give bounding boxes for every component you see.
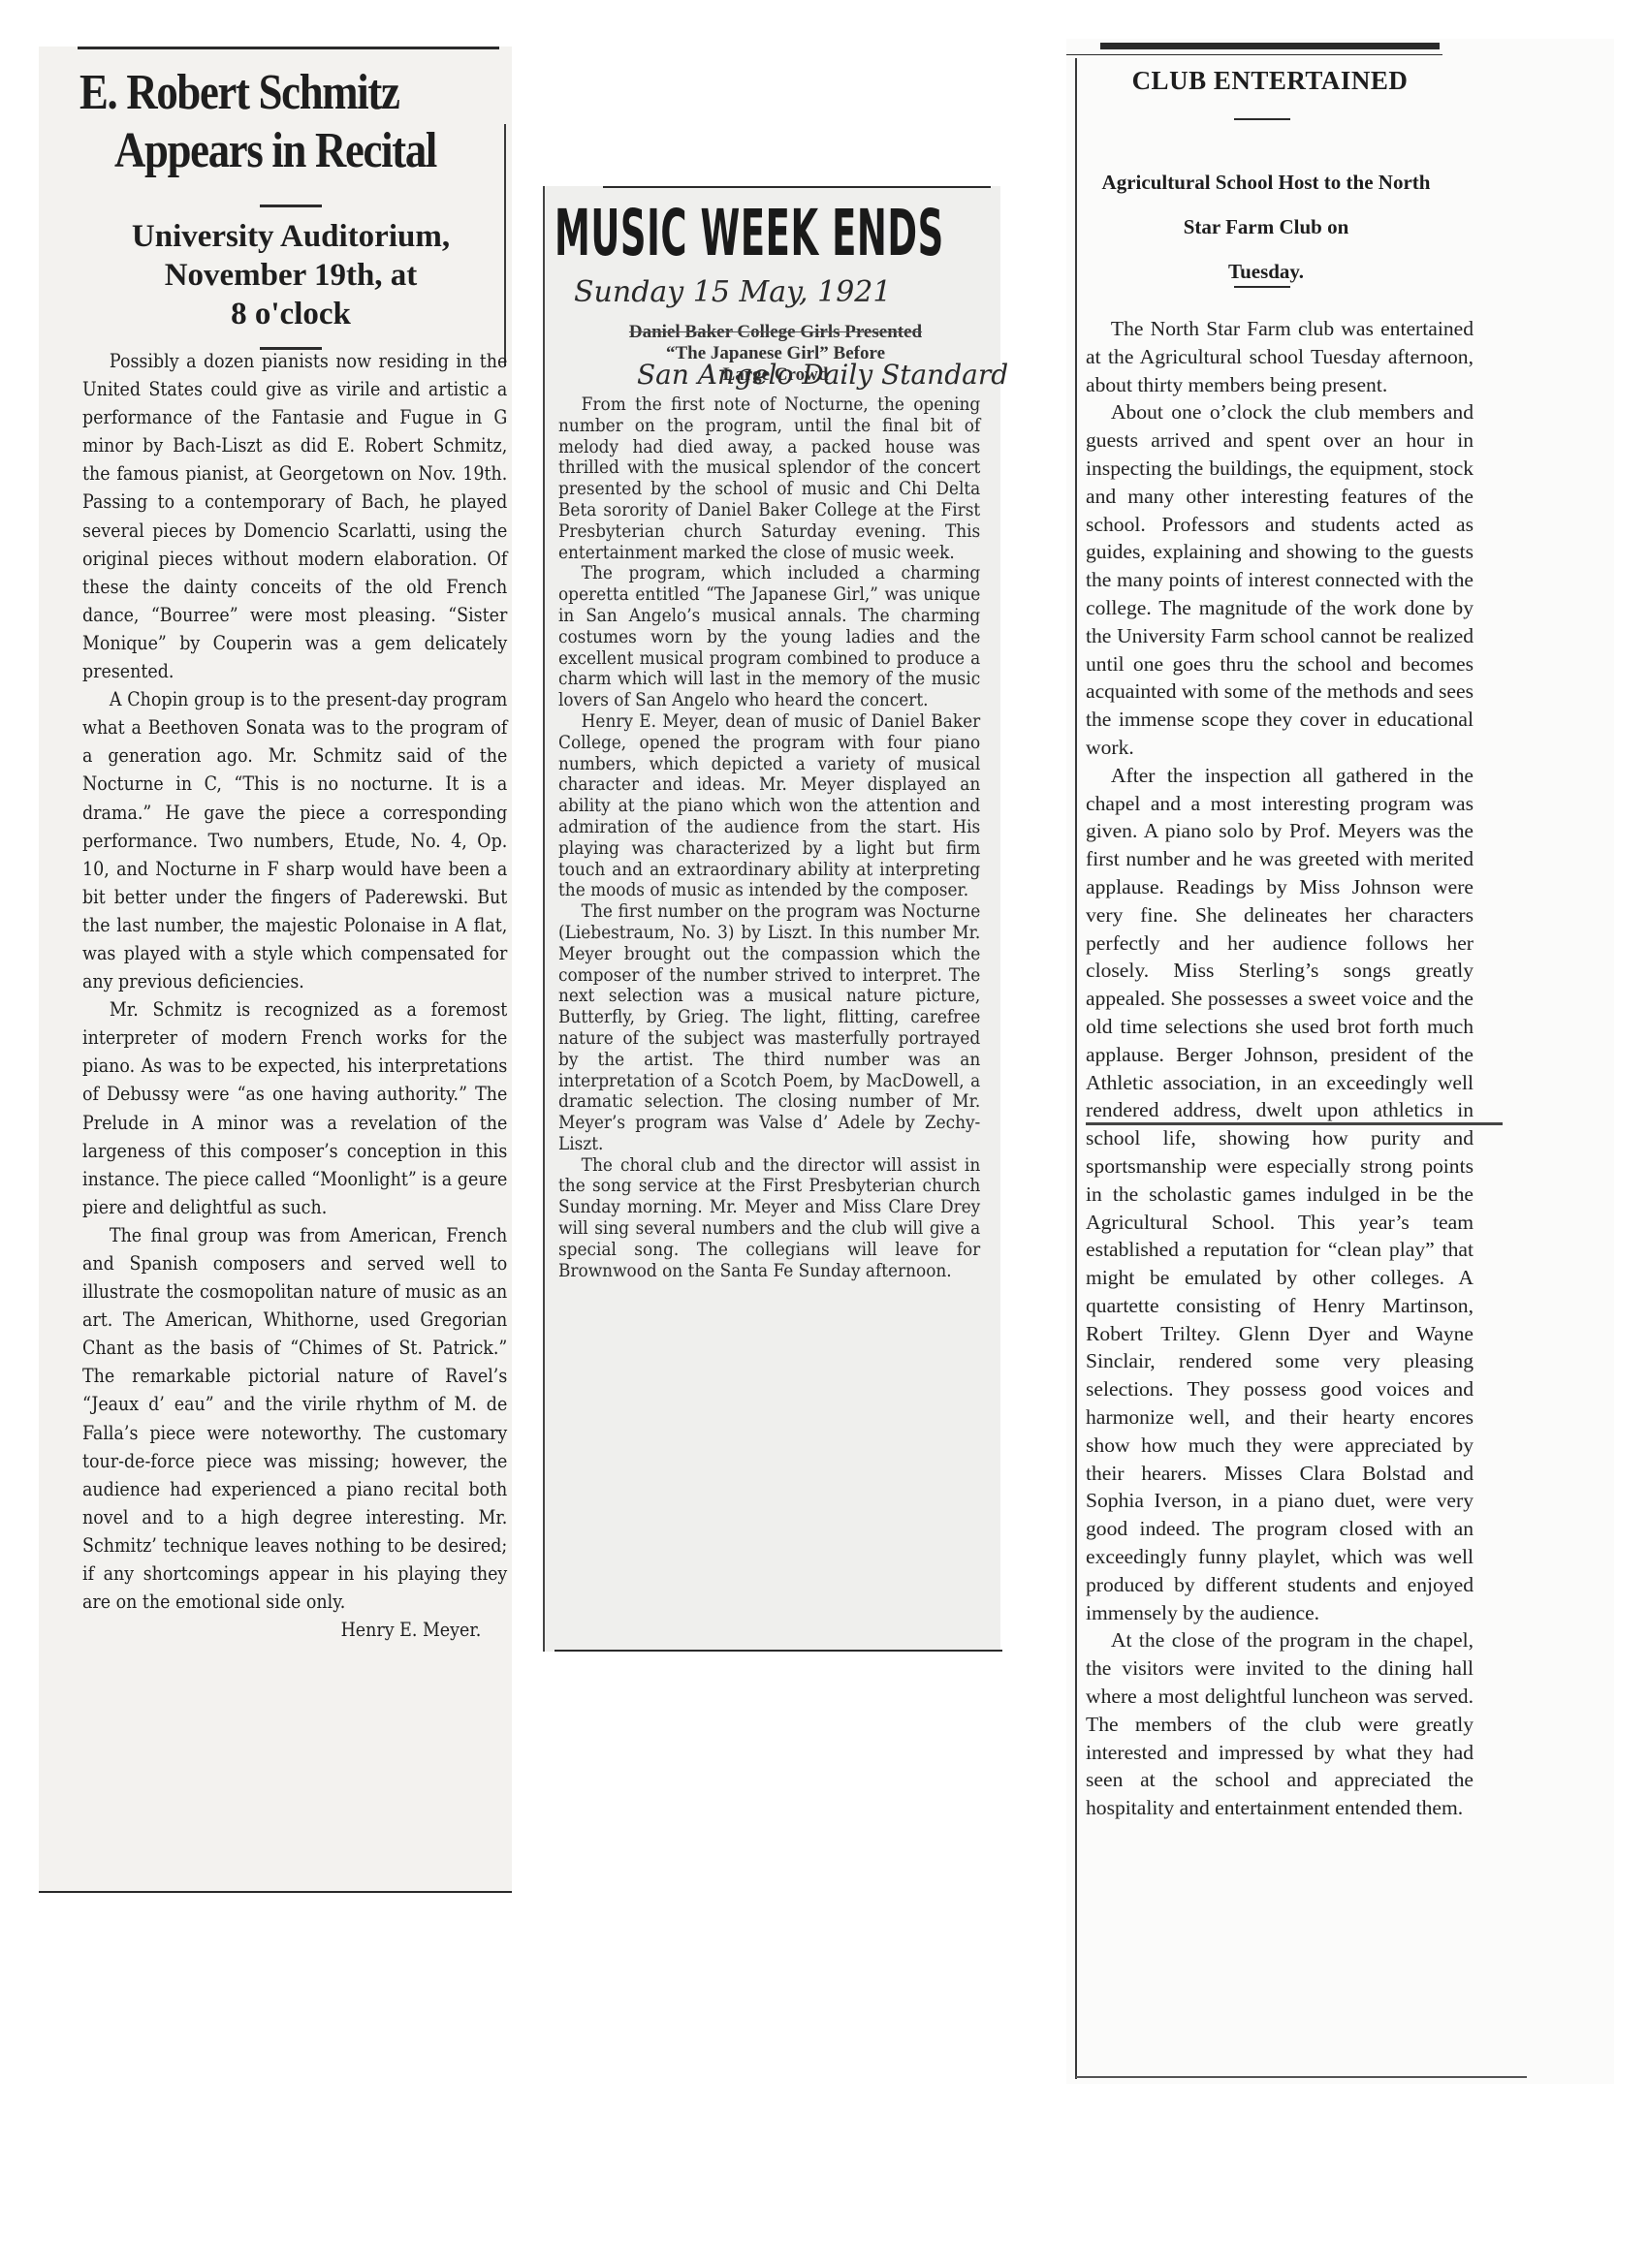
subhead-line-2: November 19th, at — [78, 256, 504, 295]
bottom-rule — [39, 1891, 512, 1893]
paragraph: The first number on the program was Noct… — [558, 901, 980, 1155]
bottom-rule — [1076, 2076, 1527, 2078]
divider — [260, 205, 322, 207]
headline: CLUB ENTERTAINED — [1086, 66, 1454, 96]
clipping-schmitz-recital: E. Robert Schmitz Appears in Recital Uni… — [39, 47, 512, 1893]
paragraph: A Chopin group is to the present-day pro… — [82, 685, 507, 995]
paragraph: The final group was from American, Frenc… — [82, 1221, 507, 1616]
article-body: The North Star Farm club was entertained… — [1086, 315, 1474, 1822]
clipping-music-week: MUSIC WEEK ENDS Sunday 15 May, 1921 Dani… — [543, 186, 1000, 1652]
top-rule — [603, 186, 991, 188]
handwritten-date: Sunday 15 May, 1921 — [574, 275, 891, 309]
headline-line-1: E. Robert Schmitz — [79, 64, 446, 122]
column-rule — [1075, 58, 1077, 2079]
article-body: From the first note of Nocturne, the ope… — [558, 394, 980, 1281]
handwritten-source: San Angelo Daily Standard — [637, 359, 1008, 391]
deck-line-1: Daniel Baker College Girls Presented — [553, 322, 998, 343]
paragraph: After the inspection all gathered in the… — [1086, 762, 1474, 1627]
headline: E. Robert Schmitz Appears in Recital — [79, 64, 506, 180]
deck: Agricultural School Host to the North St… — [1082, 160, 1450, 294]
top-rule — [1066, 54, 1442, 55]
paragraph: At the close of the program in the chape… — [1086, 1626, 1474, 1822]
paragraph: About one o’clock the club members and g… — [1086, 398, 1474, 761]
paragraph: From the first note of Nocturne, the ope… — [558, 394, 980, 563]
article-body: Possibly a dozen pianists now residing i… — [82, 347, 507, 1644]
headline: MUSIC WEEK ENDS — [555, 200, 944, 268]
deck-line-2: Star Farm Club on — [1082, 205, 1450, 249]
top-rule — [78, 47, 499, 49]
subhead-line-3: 8 o'clock — [78, 295, 504, 333]
byline: Henry E. Meyer. — [82, 1616, 507, 1644]
bottom-rule — [555, 1650, 1002, 1652]
top-heavy-rule — [1100, 43, 1440, 49]
deck-line-1: Agricultural School Host to the North — [1082, 160, 1450, 205]
clipping-club-entertained: CLUB ENTERTAINED Agricultural School Hos… — [1066, 39, 1614, 2084]
headline-line-2: Appears in Recital — [114, 122, 451, 180]
paragraph: The program, which included a charming o… — [558, 563, 980, 711]
paragraph: Mr. Schmitz is recognized as a foremost … — [82, 995, 507, 1221]
fold-line — [1086, 1122, 1503, 1125]
subhead-line-1: University Auditorium, — [78, 217, 504, 256]
paragraph: The choral club and the director will as… — [558, 1155, 980, 1282]
paragraph: Henry E. Meyer, dean of music of Daniel … — [558, 711, 980, 901]
paragraph: The North Star Farm club was entertained… — [1086, 315, 1474, 398]
subheadline: University Auditorium, November 19th, at… — [78, 205, 504, 363]
paragraph: Possibly a dozen pianists now residing i… — [82, 347, 507, 685]
divider — [1234, 118, 1290, 120]
divider — [1234, 286, 1290, 288]
